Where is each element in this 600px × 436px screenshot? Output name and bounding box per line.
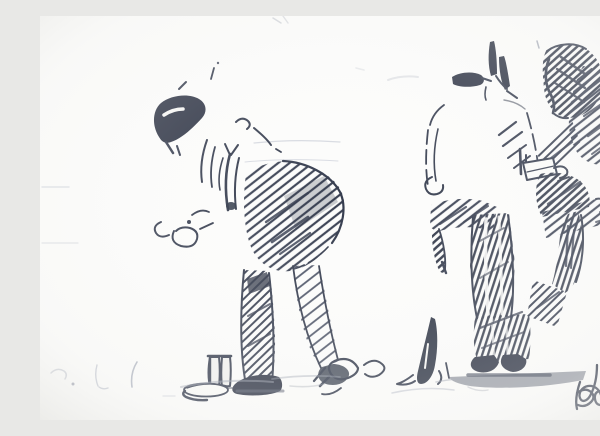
scan-vignette bbox=[40, 16, 600, 420]
sketch-artwork: Gestural pencil sketch of three figures:… bbox=[40, 16, 600, 420]
sketch-canvas bbox=[40, 16, 600, 420]
